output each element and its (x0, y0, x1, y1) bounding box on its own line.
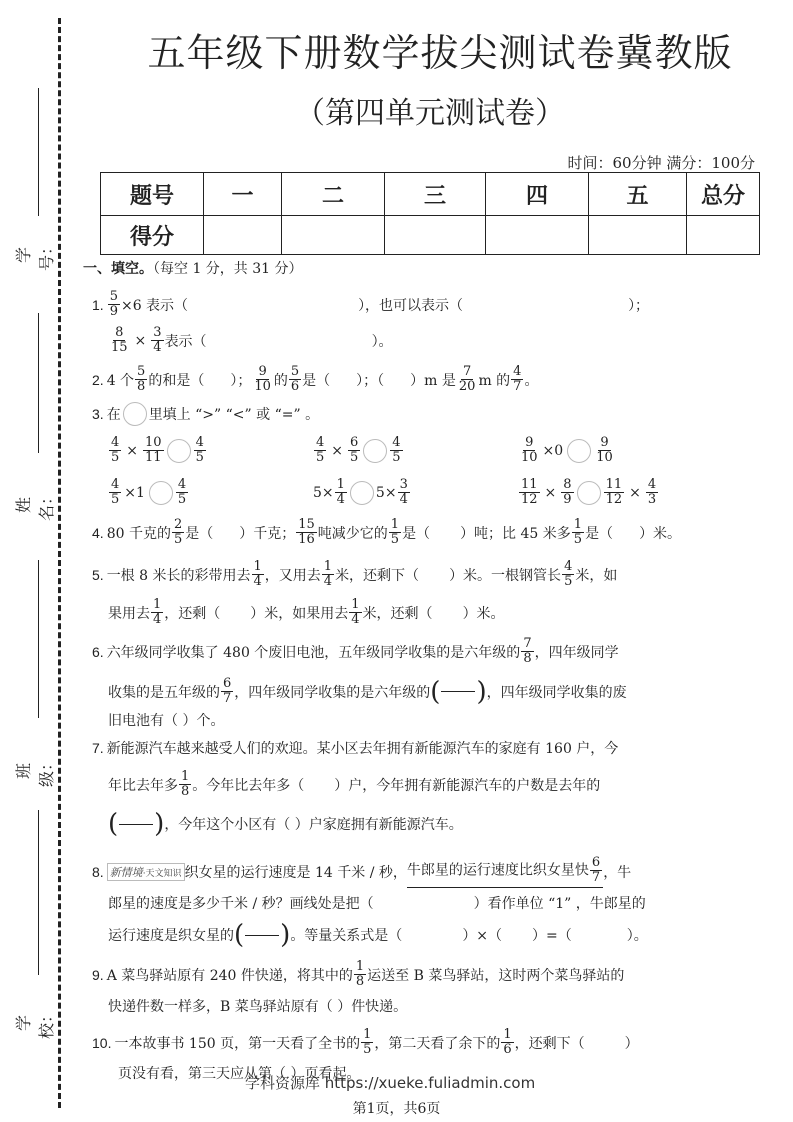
watermark: 学科资源库 https://xueke.fuliadmin.com (245, 1072, 535, 1093)
question-8-line-3: 运行速度是织女星的 () 。等量关系式是（ ）×（ ）=（ ）。 (108, 925, 648, 945)
score-table-score-row: 得分 (101, 216, 760, 255)
question-9-line-1: 9. A 菜鸟驿站原有 240 件快递，将其中的 18 运送至 B 菜鸟驿站，这… (92, 960, 624, 989)
score-header-cell: 四 (486, 173, 589, 216)
fraction: 815 (109, 326, 130, 355)
fraction-answer-blank[interactable]: () (234, 925, 290, 945)
compare-circle[interactable] (363, 439, 387, 463)
question-6-line-2: 收集的是五年级的 67 ，四年级同学收集的是六年级的 () ，四年级同学收集的废 (108, 677, 627, 706)
score-cell[interactable] (385, 216, 486, 255)
fraction: 720 (457, 365, 478, 394)
question-2: 2. 4 个 58 的和是（ ）； 910 的 56 是（ ）；（ ）m 是 7… (92, 365, 538, 394)
compare-circle[interactable] (350, 481, 374, 505)
question-6-line-3: 旧电池有（ ）个。 (108, 710, 224, 730)
score-cell[interactable] (687, 216, 760, 255)
compare-item-5: 5× 14 5× 34 (313, 478, 411, 507)
class-label: 班级： (11, 751, 57, 791)
score-header-cell: 总分 (687, 173, 760, 216)
compare-item-1: 45× 1011 45 (108, 436, 207, 465)
score-cell[interactable] (486, 216, 589, 255)
question-5-line-2: 果用去 14 ，还剩（ ）米，如果用去 14 米，还剩（ ）米。 (108, 598, 505, 627)
question-10-line-1: 10. 一本故事书 150 页，第一天看了全书的 15 ，第二天看了余下的 16… (92, 1028, 639, 1057)
section-heading: 一、填空。（每空 1 分，共 31 分） (83, 258, 303, 278)
page-subtitle: （第四单元测试卷） (250, 88, 610, 132)
fraction-answer-blank[interactable]: () (430, 682, 486, 702)
fraction: 47 (511, 365, 523, 394)
score-header-cell: 二 (282, 173, 385, 216)
score-cell[interactable] (282, 216, 385, 255)
page-title: 五年级下册数学拔尖测试卷冀教版 (110, 22, 770, 77)
question-7-line-3: () ，今年这个小区有（ ）户家庭拥有新能源汽车。 (108, 814, 463, 834)
question-7-line-2: 年比去年多 18 。今年比去年多（ ）户，今年拥有新能源汽车的户数是去年的 (108, 770, 600, 799)
compare-item-2: 45× 65 45 (313, 436, 404, 465)
question-8-line-2: 郎星的速度是多少千米 / 秒？画线处是把（ ）看作单位 “1” ，牛郎星的 (108, 893, 646, 913)
score-header-cell: 题号 (101, 173, 204, 216)
compare-item-3: 910×0 910 (518, 436, 616, 465)
compare-item-4: 45×1 45 (108, 478, 189, 507)
question-6-line-1: 6. 六年级同学收集了 480 个废旧电池，五年级同学收集的是六年级的 78 ，… (92, 637, 619, 666)
question-3: 3. 在 里填上 “>” “<” 或 “=” 。 (92, 402, 319, 426)
fraction: 34 (151, 326, 163, 355)
fraction: 56 (289, 365, 301, 394)
compare-circle[interactable] (149, 481, 173, 505)
score-header-cell: 一 (204, 173, 282, 216)
fraction: 59 (108, 290, 120, 319)
score-cell[interactable] (204, 216, 282, 255)
fraction-answer-blank[interactable]: () (108, 814, 164, 834)
score-table-header-row: 题号 一 二 三 四 五 总分 (101, 173, 760, 216)
score-table: 题号 一 二 三 四 五 总分 得分 (100, 172, 760, 255)
circle-icon (123, 402, 147, 426)
question-4: 4. 80 千克的 25 是（ ）千克； 1516 吨减少它的 15 是（ ）吨… (92, 518, 681, 547)
name-line[interactable] (38, 313, 39, 453)
student-id-label: 学号： (11, 235, 57, 275)
score-cell[interactable] (589, 216, 687, 255)
fraction: 58 (135, 365, 147, 394)
compare-item-6: 1112× 89 1112× 43 (518, 478, 659, 507)
school-line[interactable] (38, 810, 39, 975)
context-tag: 新情境·天文知识 (107, 863, 185, 881)
section-label: 一、填空。 (83, 261, 153, 277)
question-9-line-2: 快递件数一样多，B 菜鸟驿站原有（ ）件快递。 (108, 996, 407, 1016)
class-line[interactable] (38, 560, 39, 718)
compare-circle[interactable] (567, 439, 591, 463)
time-score-info: 时间：60分钟 满分：100分 (568, 152, 756, 173)
underlined-text: 牛郎星的运行速度比织女星快67 (407, 856, 603, 888)
binding-dashed-line (58, 18, 61, 1108)
page-number: 第1页，共6页 (0, 1098, 793, 1118)
question-5-line-1: 5. 一根 8 米长的彩带用去 14 ，又用去 14 米，还剩下（ ）米。一根钢… (92, 560, 617, 589)
compare-circle[interactable] (167, 439, 191, 463)
section-note: （每空 1 分，共 31 分） (153, 261, 303, 277)
question-8-line-1: 8. 新情境·天文知识 织女星的运行速度是 14 千米 / 秒， 牛郎星的运行速… (92, 856, 631, 888)
question-number: 1. (92, 297, 104, 313)
fraction: 910 (252, 365, 273, 394)
question-7-line-1: 7. 新能源汽车越来越受人们的欢迎。某小区去年拥有新能源汽车的家庭有 160 户… (92, 738, 618, 758)
school-label: 学校： (11, 1003, 57, 1043)
student-id-line[interactable] (38, 88, 39, 216)
compare-circle[interactable] (577, 481, 601, 505)
name-label: 姓名： (11, 485, 57, 525)
score-row-label: 得分 (101, 216, 204, 255)
question-1-line-1: 1. 59 ×6 表示（ ），也可以表示（ ）； (92, 290, 649, 319)
score-header-cell: 三 (385, 173, 486, 216)
score-header-cell: 五 (589, 173, 687, 216)
question-1-line-2: 815 × 34 表示（ ）。 (108, 326, 393, 355)
